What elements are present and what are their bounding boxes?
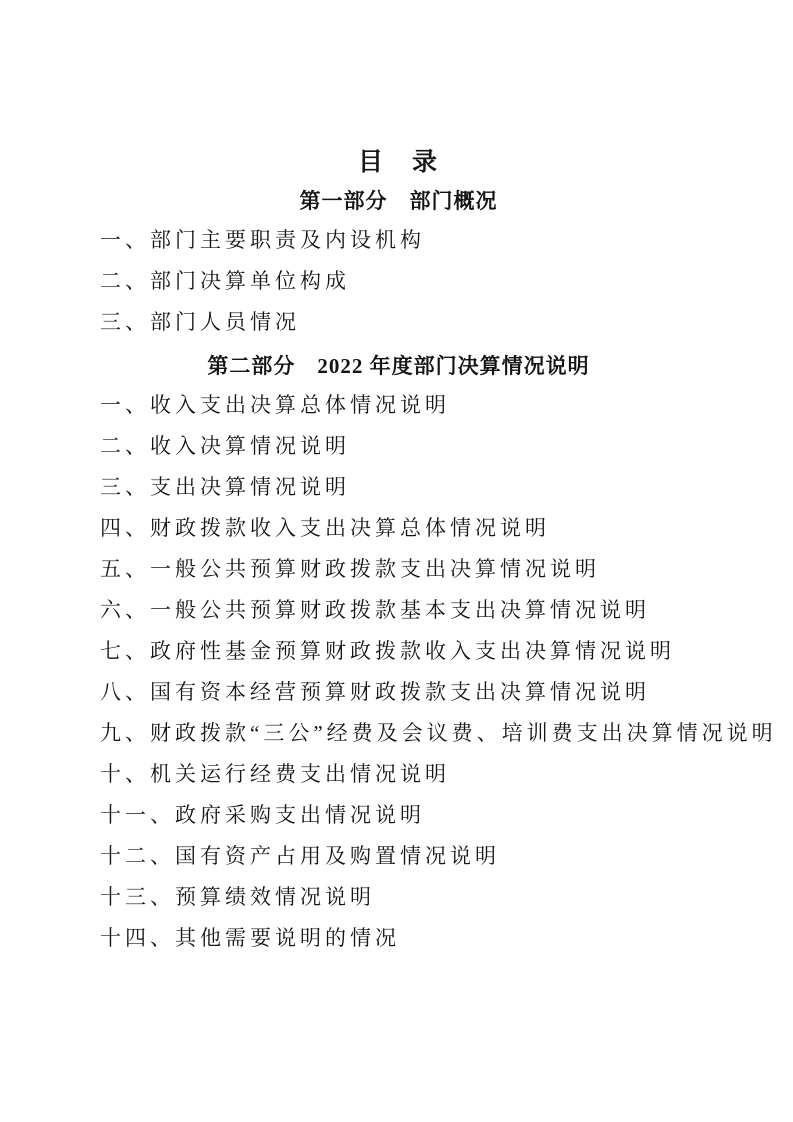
toc-item: 三、支出决算情况说明 xyxy=(100,467,697,508)
toc-item: 八、国有资本经营预算财政拨款支出决算情况说明 xyxy=(100,672,697,713)
toc-item: 十一、政府采购支出情况说明 xyxy=(100,795,697,836)
toc-item: 六、一般公共预算财政拨款基本支出决算情况说明 xyxy=(100,590,697,631)
toc-item: 三、部门人员情况 xyxy=(100,302,697,343)
toc-item: 十、机关运行经费支出情况说明 xyxy=(100,754,697,795)
toc-item: 十二、国有资产占用及购置情况说明 xyxy=(100,836,697,877)
section-1-heading: 第一部分 部门概况 xyxy=(100,186,697,216)
section-2-item-list: 一、收入支出决算总体情况说明 二、收入决算情况说明 三、支出决算情况说明 四、财… xyxy=(100,385,697,959)
toc-item: 九、财政拨款“三公”经费及会议费、培训费支出决算情况说明 xyxy=(100,713,697,754)
toc-item: 十三、预算绩效情况说明 xyxy=(100,877,697,918)
toc-item: 二、收入决算情况说明 xyxy=(100,426,697,467)
toc-item: 四、财政拨款收入支出决算总体情况说明 xyxy=(100,508,697,549)
page-title: 目 录 xyxy=(100,148,697,178)
section-2-heading: 第二部分 2022 年度部门决算情况说明 xyxy=(100,351,697,381)
toc-item: 七、政府性基金预算财政拨款收入支出决算情况说明 xyxy=(100,631,697,672)
toc-item: 二、部门决算单位构成 xyxy=(100,261,697,302)
toc-item: 一、部门主要职责及内设机构 xyxy=(100,220,697,261)
toc-item: 五、一般公共预算财政拨款支出决算情况说明 xyxy=(100,549,697,590)
section-1-item-list: 一、部门主要职责及内设机构 二、部门决算单位构成 三、部门人员情况 xyxy=(100,220,697,343)
toc-item: 十四、其他需要说明的情况 xyxy=(100,918,697,959)
toc-item: 一、收入支出决算总体情况说明 xyxy=(100,385,697,426)
document-page: 目 录 第一部分 部门概况 一、部门主要职责及内设机构 二、部门决算单位构成 三… xyxy=(0,0,793,1122)
